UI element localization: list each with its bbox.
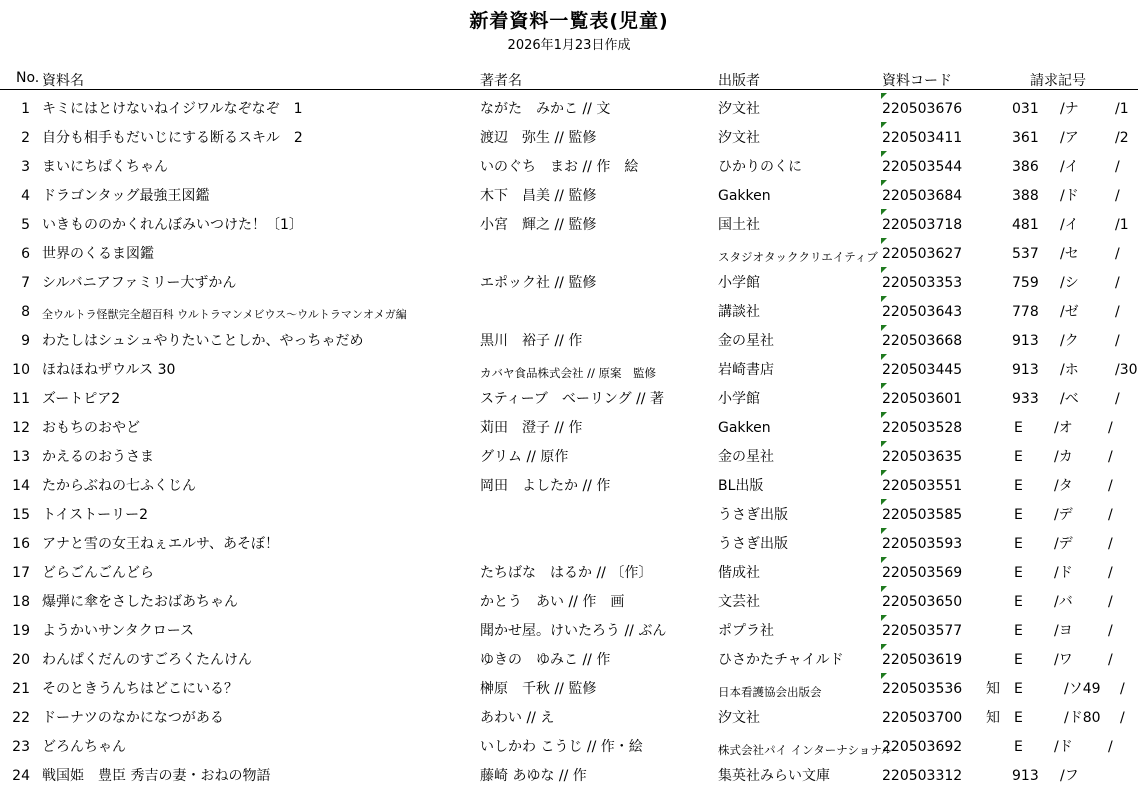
call-volume: /: [1120, 680, 1125, 698]
item-code: 220503569: [882, 564, 962, 582]
call-prefix: 知: [986, 680, 1000, 698]
item-publisher: 金の星社: [718, 332, 774, 350]
item-code: 220503312: [882, 767, 962, 785]
item-title: わたしはシュシュやりたいことしか、やっちゃだめ: [42, 332, 363, 350]
item-publisher: 金の星社: [718, 448, 774, 466]
item-publisher: ひさかたチャイルド: [718, 651, 844, 669]
call-volume: /: [1108, 448, 1113, 466]
item-author: たちばな はるか // 〔作〕: [480, 564, 652, 582]
call-author-mark: /ク: [1060, 332, 1079, 350]
item-title: どろんちゃん: [42, 738, 126, 756]
item-publisher: スタジオタッククリエイティブ: [718, 248, 878, 266]
call-author-mark: /オ: [1054, 419, 1073, 437]
row-number: 23: [8, 738, 30, 756]
call-author-mark: /ド: [1054, 564, 1073, 582]
table-row[interactable]: 8全ウルトラ怪獣完全超百科 ウルトラマンメビウス～ウルトラマンオメガ編講談社22…: [0, 298, 1138, 327]
item-code: 220503650: [882, 593, 962, 611]
cell-note-triangle-icon: [881, 441, 887, 447]
call-class: E: [1014, 680, 1023, 698]
call-volume: /: [1108, 651, 1113, 669]
item-title: ズートピア2: [42, 390, 120, 408]
item-author: エポック社 // 監修: [480, 274, 596, 292]
call-volume: /: [1115, 332, 1120, 350]
cell-note-triangle-icon: [881, 673, 887, 679]
cell-note-triangle-icon: [881, 644, 887, 650]
item-title: おもちのおやど: [42, 419, 140, 437]
cell-note-triangle-icon: [881, 354, 887, 360]
item-title: ドーナツのなかになつがある: [42, 709, 224, 727]
item-publisher: ポプラ社: [718, 622, 774, 640]
item-code: 220503353: [882, 274, 962, 292]
header-author: 著者名: [480, 70, 522, 90]
item-title: どらごんごんどら: [42, 564, 154, 582]
call-class: E: [1014, 709, 1023, 727]
call-class: 481: [1012, 216, 1039, 234]
table-row[interactable]: 5いきもののかくれんぼみいつけた！〔1〕小宮 輝之 // 監修国土社220503…: [0, 211, 1138, 240]
item-author: 黒川 裕子 // 作: [480, 332, 582, 350]
table-row[interactable]: 24戦国姫 豊臣 秀吉の妻・おねの物語藤崎 あゆな // 作集英社みらい文庫22…: [0, 762, 1138, 785]
call-volume: /1: [1115, 100, 1129, 118]
row-number: 5: [8, 216, 30, 234]
call-volume: /2: [1115, 129, 1129, 147]
call-class: E: [1014, 651, 1023, 669]
item-title: いきもののかくれんぼみいつけた！〔1〕: [42, 216, 303, 234]
item-author: スティーブ ベーリング // 著: [480, 390, 664, 408]
item-author: 小宮 輝之 // 監修: [480, 216, 596, 234]
item-code: 220503593: [882, 535, 962, 553]
call-volume: /: [1108, 506, 1113, 524]
item-code: 220503643: [882, 303, 962, 321]
item-code: 220503536: [882, 680, 962, 698]
item-code: 220503692: [882, 738, 962, 756]
item-code: 220503551: [882, 477, 962, 495]
header-code: 資料コード: [882, 70, 952, 90]
cell-note-triangle-icon: [881, 383, 887, 389]
item-publisher: うさぎ出版: [718, 535, 788, 553]
item-publisher: Gakken: [718, 187, 771, 205]
row-number: 1: [8, 100, 30, 118]
item-publisher: うさぎ出版: [718, 506, 788, 524]
call-author-mark: /ベ: [1060, 390, 1079, 408]
call-author-mark: /フ: [1060, 767, 1079, 785]
table-body: 1キミにはとけないねイジワルなぞなぞ 1ながた みかこ // 文汐文社22050…: [0, 95, 1138, 785]
item-code: 220503577: [882, 622, 962, 640]
cell-note-triangle-icon: [881, 151, 887, 157]
row-number: 12: [8, 419, 30, 437]
item-title: かえるのおうさま: [42, 448, 154, 466]
table-row[interactable]: 21そのときうんちはどこにいる？榊原 千秋 // 監修日本看護協会出版会2205…: [0, 675, 1138, 704]
item-title: 世界のくるま図鑑: [42, 245, 154, 263]
table-row[interactable]: 23どろんちゃんいしかわ こうじ // 作・絵株式会社パイ インターナショナル2…: [0, 733, 1138, 762]
item-code: 220503544: [882, 158, 962, 176]
call-class: E: [1014, 593, 1023, 611]
item-code: 220503668: [882, 332, 962, 350]
cell-note-triangle-icon: [881, 325, 887, 331]
item-code: 220503718: [882, 216, 962, 234]
row-number: 24: [8, 767, 30, 785]
item-author: ゆきの ゆみこ // 作: [480, 651, 610, 669]
item-code: 220503684: [882, 187, 962, 205]
item-publisher: 講談社: [718, 303, 760, 321]
item-publisher: 汐文社: [718, 129, 760, 147]
row-number: 21: [8, 680, 30, 698]
item-title: シルバニアファミリー大ずかん: [42, 274, 236, 292]
item-code: 220503619: [882, 651, 962, 669]
table-row[interactable]: 19ようかいサンタクロース聞かせ屋。けいたろう // ぶんポプラ社2205035…: [0, 617, 1138, 646]
table-row[interactable]: 12おもちのおやど苅田 澄子 // 作Gakken220503528E/オ/: [0, 414, 1138, 443]
header-title: 資料名: [42, 70, 84, 90]
item-publisher: ひかりのくに: [718, 158, 802, 176]
item-title: 爆弾に傘をさしたおばあちゃん: [42, 593, 238, 611]
table-row[interactable]: 15トイストーリー2うさぎ出版220503585E/デ/: [0, 501, 1138, 530]
row-number: 4: [8, 187, 30, 205]
item-title: そのときうんちはどこにいる？: [42, 680, 238, 698]
item-author: ながた みかこ // 文: [480, 100, 610, 118]
item-author: グリム // 原作: [480, 448, 568, 466]
document-date: 2026年1月23日作成: [0, 34, 1138, 53]
item-publisher: Gakken: [718, 419, 771, 437]
call-volume: /30: [1115, 361, 1138, 379]
cell-note-triangle-icon: [881, 238, 887, 244]
call-author-mark: /ア: [1060, 129, 1079, 147]
item-title: わんぱくだんのすごろくたんけん: [42, 651, 252, 669]
item-author: カバヤ食品株式会社 // 原案 監修: [480, 364, 656, 382]
cell-note-triangle-icon: [881, 180, 887, 186]
item-publisher: 株式会社パイ インターナショナル: [718, 741, 893, 759]
item-code: 220503700: [882, 709, 962, 727]
item-code: 220503411: [882, 129, 962, 147]
item-title: ようかいサンタクロース: [42, 622, 194, 640]
call-author-mark: /シ: [1060, 274, 1079, 292]
table-row[interactable]: 10ほねほねザウルス 30カバヤ食品株式会社 // 原案 監修岩崎書店22050…: [0, 356, 1138, 385]
call-class: E: [1014, 738, 1023, 756]
row-number: 8: [8, 303, 30, 321]
table-row[interactable]: 18爆弾に傘をさしたおばあちゃんかとう あい // 作 画文芸社22050365…: [0, 588, 1138, 617]
cell-note-triangle-icon: [881, 412, 887, 418]
call-volume: /1: [1115, 216, 1129, 234]
row-number: 3: [8, 158, 30, 176]
item-code: 220503528: [882, 419, 962, 437]
call-class: 537: [1012, 245, 1039, 263]
item-publisher: BL出版: [718, 477, 763, 495]
item-author: 渡辺 弥生 // 監修: [480, 129, 596, 147]
call-class: E: [1014, 448, 1023, 466]
table-row[interactable]: 13かえるのおうさまグリム // 原作金の星社220503635E/カ/: [0, 443, 1138, 472]
cell-note-triangle-icon: [881, 586, 887, 592]
table-header: No. 資料名 著者名 出版者 資料コード 請求記号: [0, 70, 1138, 90]
call-volume: /: [1115, 303, 1120, 321]
call-class: 913: [1012, 767, 1039, 785]
call-author-mark: /ゼ: [1060, 303, 1079, 321]
item-author: 榊原 千秋 // 監修: [480, 680, 596, 698]
call-class: 913: [1012, 361, 1039, 379]
row-number: 11: [8, 390, 30, 408]
item-title: まいにちぱくちゃん: [42, 158, 168, 176]
item-title: ドラゴンタッグ最強王図鑑: [42, 187, 209, 205]
item-code: 220503627: [882, 245, 962, 263]
call-prefix: 知: [986, 709, 1000, 727]
item-code: 220503445: [882, 361, 962, 379]
table-row[interactable]: 11ズートピア2スティーブ ベーリング // 著小学館220503601933/…: [0, 385, 1138, 414]
call-author-mark: /イ: [1060, 216, 1079, 234]
item-publisher: 岩崎書店: [718, 361, 774, 379]
table-row[interactable]: 1キミにはとけないねイジワルなぞなぞ 1ながた みかこ // 文汐文社22050…: [0, 95, 1138, 124]
call-author-mark: /ヨ: [1054, 622, 1073, 640]
table-row[interactable]: 17どらごんごんどらたちばな はるか // 〔作〕偕成社220503569E/ド…: [0, 559, 1138, 588]
row-number: 2: [8, 129, 30, 147]
call-volume: /: [1115, 158, 1120, 176]
call-class: E: [1014, 535, 1023, 553]
call-volume: /: [1120, 709, 1125, 727]
item-author: 聞かせ屋。けいたろう // ぶん: [480, 622, 666, 640]
call-author-mark: /デ: [1054, 506, 1073, 524]
call-class: 913: [1012, 332, 1039, 350]
call-volume: /: [1108, 419, 1113, 437]
header-publisher: 出版者: [718, 70, 760, 90]
row-number: 18: [8, 593, 30, 611]
item-author: 岡田 よしたか // 作: [480, 477, 610, 495]
item-code: 220503635: [882, 448, 962, 466]
item-publisher: 文芸社: [718, 593, 760, 611]
call-author-mark: /ド: [1060, 187, 1079, 205]
call-author-mark: /デ: [1054, 535, 1073, 553]
table-row[interactable]: 2自分も相手もだいじにする断るスキル 2渡辺 弥生 // 監修汐文社220503…: [0, 124, 1138, 153]
call-class: 759: [1012, 274, 1039, 292]
row-number: 16: [8, 535, 30, 553]
call-author-mark: /ホ: [1060, 361, 1079, 379]
row-number: 10: [8, 361, 30, 379]
call-author-mark: /セ: [1060, 245, 1079, 263]
call-author-mark: /ド: [1054, 738, 1073, 756]
item-code: 220503585: [882, 506, 962, 524]
item-author: あわい // え: [480, 709, 554, 727]
item-publisher: 集英社みらい文庫: [718, 767, 830, 785]
row-number: 7: [8, 274, 30, 292]
item-title: たからぶねの七ふくじん: [42, 477, 196, 495]
call-class: E: [1014, 506, 1023, 524]
cell-note-triangle-icon: [881, 470, 887, 476]
table-row[interactable]: 14たからぶねの七ふくじん岡田 よしたか // 作BL出版220503551E/…: [0, 472, 1138, 501]
item-title: 戦国姫 豊臣 秀吉の妻・おねの物語: [42, 767, 270, 785]
item-publisher: 偕成社: [718, 564, 760, 582]
row-number: 17: [8, 564, 30, 582]
call-author-mark: /タ: [1054, 477, 1073, 495]
call-author-mark: /ワ: [1054, 651, 1073, 669]
call-author-mark: /カ: [1054, 448, 1073, 466]
call-author-mark: /ソ49: [1064, 680, 1101, 698]
row-number: 9: [8, 332, 30, 350]
call-volume: /: [1108, 477, 1113, 495]
item-author: 藤崎 あゆな // 作: [480, 767, 587, 785]
call-volume: /: [1108, 535, 1113, 553]
header-no: No.: [16, 70, 39, 86]
row-number: 6: [8, 245, 30, 263]
call-class: 933: [1012, 390, 1039, 408]
call-author-mark: /バ: [1054, 593, 1073, 611]
item-author: 木下 昌美 // 監修: [480, 187, 596, 205]
item-author: かとう あい // 作 画: [480, 593, 624, 611]
cell-note-triangle-icon: [881, 296, 887, 302]
call-author-mark: /イ: [1060, 158, 1079, 176]
table-row[interactable]: 7シルバニアファミリー大ずかんエポック社 // 監修小学館22050335375…: [0, 269, 1138, 298]
call-volume: /: [1108, 738, 1113, 756]
call-volume: /: [1108, 564, 1113, 582]
call-volume: /: [1115, 187, 1120, 205]
call-class: 361: [1012, 129, 1039, 147]
row-number: 20: [8, 651, 30, 669]
item-publisher: 汐文社: [718, 100, 760, 118]
item-title: アナと雪の女王ねぇエルサ、あそぼ！: [42, 535, 279, 553]
item-publisher: 小学館: [718, 274, 760, 292]
cell-note-triangle-icon: [881, 93, 887, 99]
row-number: 19: [8, 622, 30, 640]
item-publisher: 小学館: [718, 390, 760, 408]
cell-note-triangle-icon: [881, 615, 887, 621]
cell-note-triangle-icon: [881, 528, 887, 534]
call-class: 778: [1012, 303, 1039, 321]
header-call-number: 請求記号: [1030, 70, 1086, 90]
call-class: E: [1014, 622, 1023, 640]
call-class: 031: [1012, 100, 1039, 118]
cell-note-triangle-icon: [881, 557, 887, 563]
item-author: いしかわ こうじ // 作・絵: [480, 738, 643, 756]
item-code: 220503601: [882, 390, 962, 408]
call-class: E: [1014, 477, 1023, 495]
table-row[interactable]: 16アナと雪の女王ねぇエルサ、あそぼ！うさぎ出版220503593E/デ/: [0, 530, 1138, 559]
call-volume: /: [1108, 622, 1113, 640]
call-author-mark: /ド80: [1064, 709, 1101, 727]
row-number: 13: [8, 448, 30, 466]
call-volume: /: [1115, 245, 1120, 263]
table-row[interactable]: 4ドラゴンタッグ最強王図鑑木下 昌美 // 監修Gakken2205036843…: [0, 182, 1138, 211]
call-class: E: [1014, 419, 1023, 437]
row-number: 22: [8, 709, 30, 727]
item-title: キミにはとけないねイジワルなぞなぞ 1: [42, 100, 303, 118]
call-class: 388: [1012, 187, 1039, 205]
call-volume: /: [1115, 390, 1120, 408]
item-title: 自分も相手もだいじにする断るスキル 2: [42, 129, 303, 147]
item-publisher: 汐文社: [718, 709, 760, 727]
table-row[interactable]: 20わんぱくだんのすごろくたんけんゆきの ゆみこ // 作ひさかたチャイルド22…: [0, 646, 1138, 675]
document-title: 新着資料一覧表(児童): [0, 6, 1138, 33]
cell-note-triangle-icon: [881, 122, 887, 128]
item-title: ほねほねザウルス 30: [42, 361, 175, 379]
call-author-mark: /ナ: [1060, 100, 1079, 118]
table-row[interactable]: 3まいにちぱくちゃんいのぐち まお // 作 絵ひかりのくに2205035443…: [0, 153, 1138, 182]
item-author: いのぐち まお // 作 絵: [480, 158, 638, 176]
cell-note-triangle-icon: [881, 499, 887, 505]
call-class: 386: [1012, 158, 1039, 176]
item-publisher: 日本看護協会出版会: [718, 683, 822, 701]
call-volume: /: [1115, 274, 1120, 292]
item-code: 220503676: [882, 100, 962, 118]
cell-note-triangle-icon: [881, 209, 887, 215]
table-row[interactable]: 9わたしはシュシュやりたいことしか、やっちゃだめ黒川 裕子 // 作金の星社22…: [0, 327, 1138, 356]
table-row[interactable]: 22ドーナツのなかになつがあるあわい // え汐文社220503700知E/ド8…: [0, 704, 1138, 733]
cell-note-triangle-icon: [881, 267, 887, 273]
row-number: 15: [8, 506, 30, 524]
call-class: E: [1014, 564, 1023, 582]
call-volume: /: [1108, 593, 1113, 611]
item-title: 全ウルトラ怪獣完全超百科 ウルトラマンメビウス～ウルトラマンオメガ編: [42, 306, 407, 324]
item-publisher: 国土社: [718, 216, 760, 234]
table-row[interactable]: 6世界のくるま図鑑スタジオタッククリエイティブ220503627537/セ/: [0, 240, 1138, 269]
item-title: トイストーリー2: [42, 506, 148, 524]
row-number: 14: [8, 477, 30, 495]
item-author: 苅田 澄子 // 作: [480, 419, 582, 437]
